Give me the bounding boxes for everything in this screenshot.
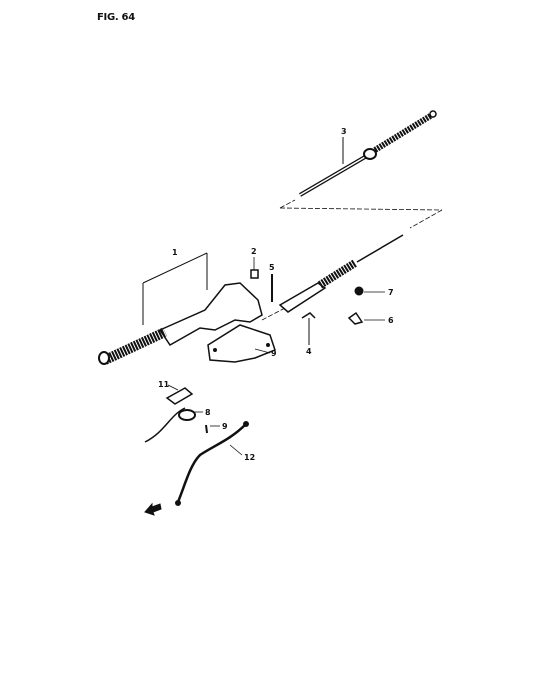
front-direction-arrow-icon <box>145 504 161 515</box>
label-5: 5 <box>269 263 275 272</box>
lower-cable <box>280 235 403 312</box>
label-4: 4 <box>306 347 312 356</box>
part-6-clip: 6 <box>349 313 394 325</box>
label-7: 7 <box>388 288 394 297</box>
exploded-parts-diagram: 3 1 9 2 5 <box>0 0 560 700</box>
label-1: 1 <box>172 248 178 257</box>
part-3-cable: 3 <box>300 111 436 195</box>
label-11: 11 <box>158 380 170 389</box>
part-8-switch: 8 <box>145 408 211 442</box>
part-5-pin: 5 <box>269 263 275 302</box>
label-10: 9 <box>271 349 277 358</box>
label-2: 2 <box>251 247 257 256</box>
label-8: 8 <box>205 408 211 417</box>
label-3: 3 <box>341 127 347 136</box>
part-7-bolt: 7 <box>355 287 394 297</box>
label-12: 12 <box>244 453 255 462</box>
part-10-plate: 9 <box>208 325 277 362</box>
part-4-cotter-pin: 4 <box>302 313 315 356</box>
part-12-wire: 12 <box>176 422 256 506</box>
part-9-screw: 9 <box>206 422 228 433</box>
label-6: 6 <box>388 316 394 325</box>
label-9: 9 <box>222 422 228 431</box>
part-11-cap: 11 <box>158 380 192 404</box>
part-2-bolt: 2 <box>251 247 258 278</box>
